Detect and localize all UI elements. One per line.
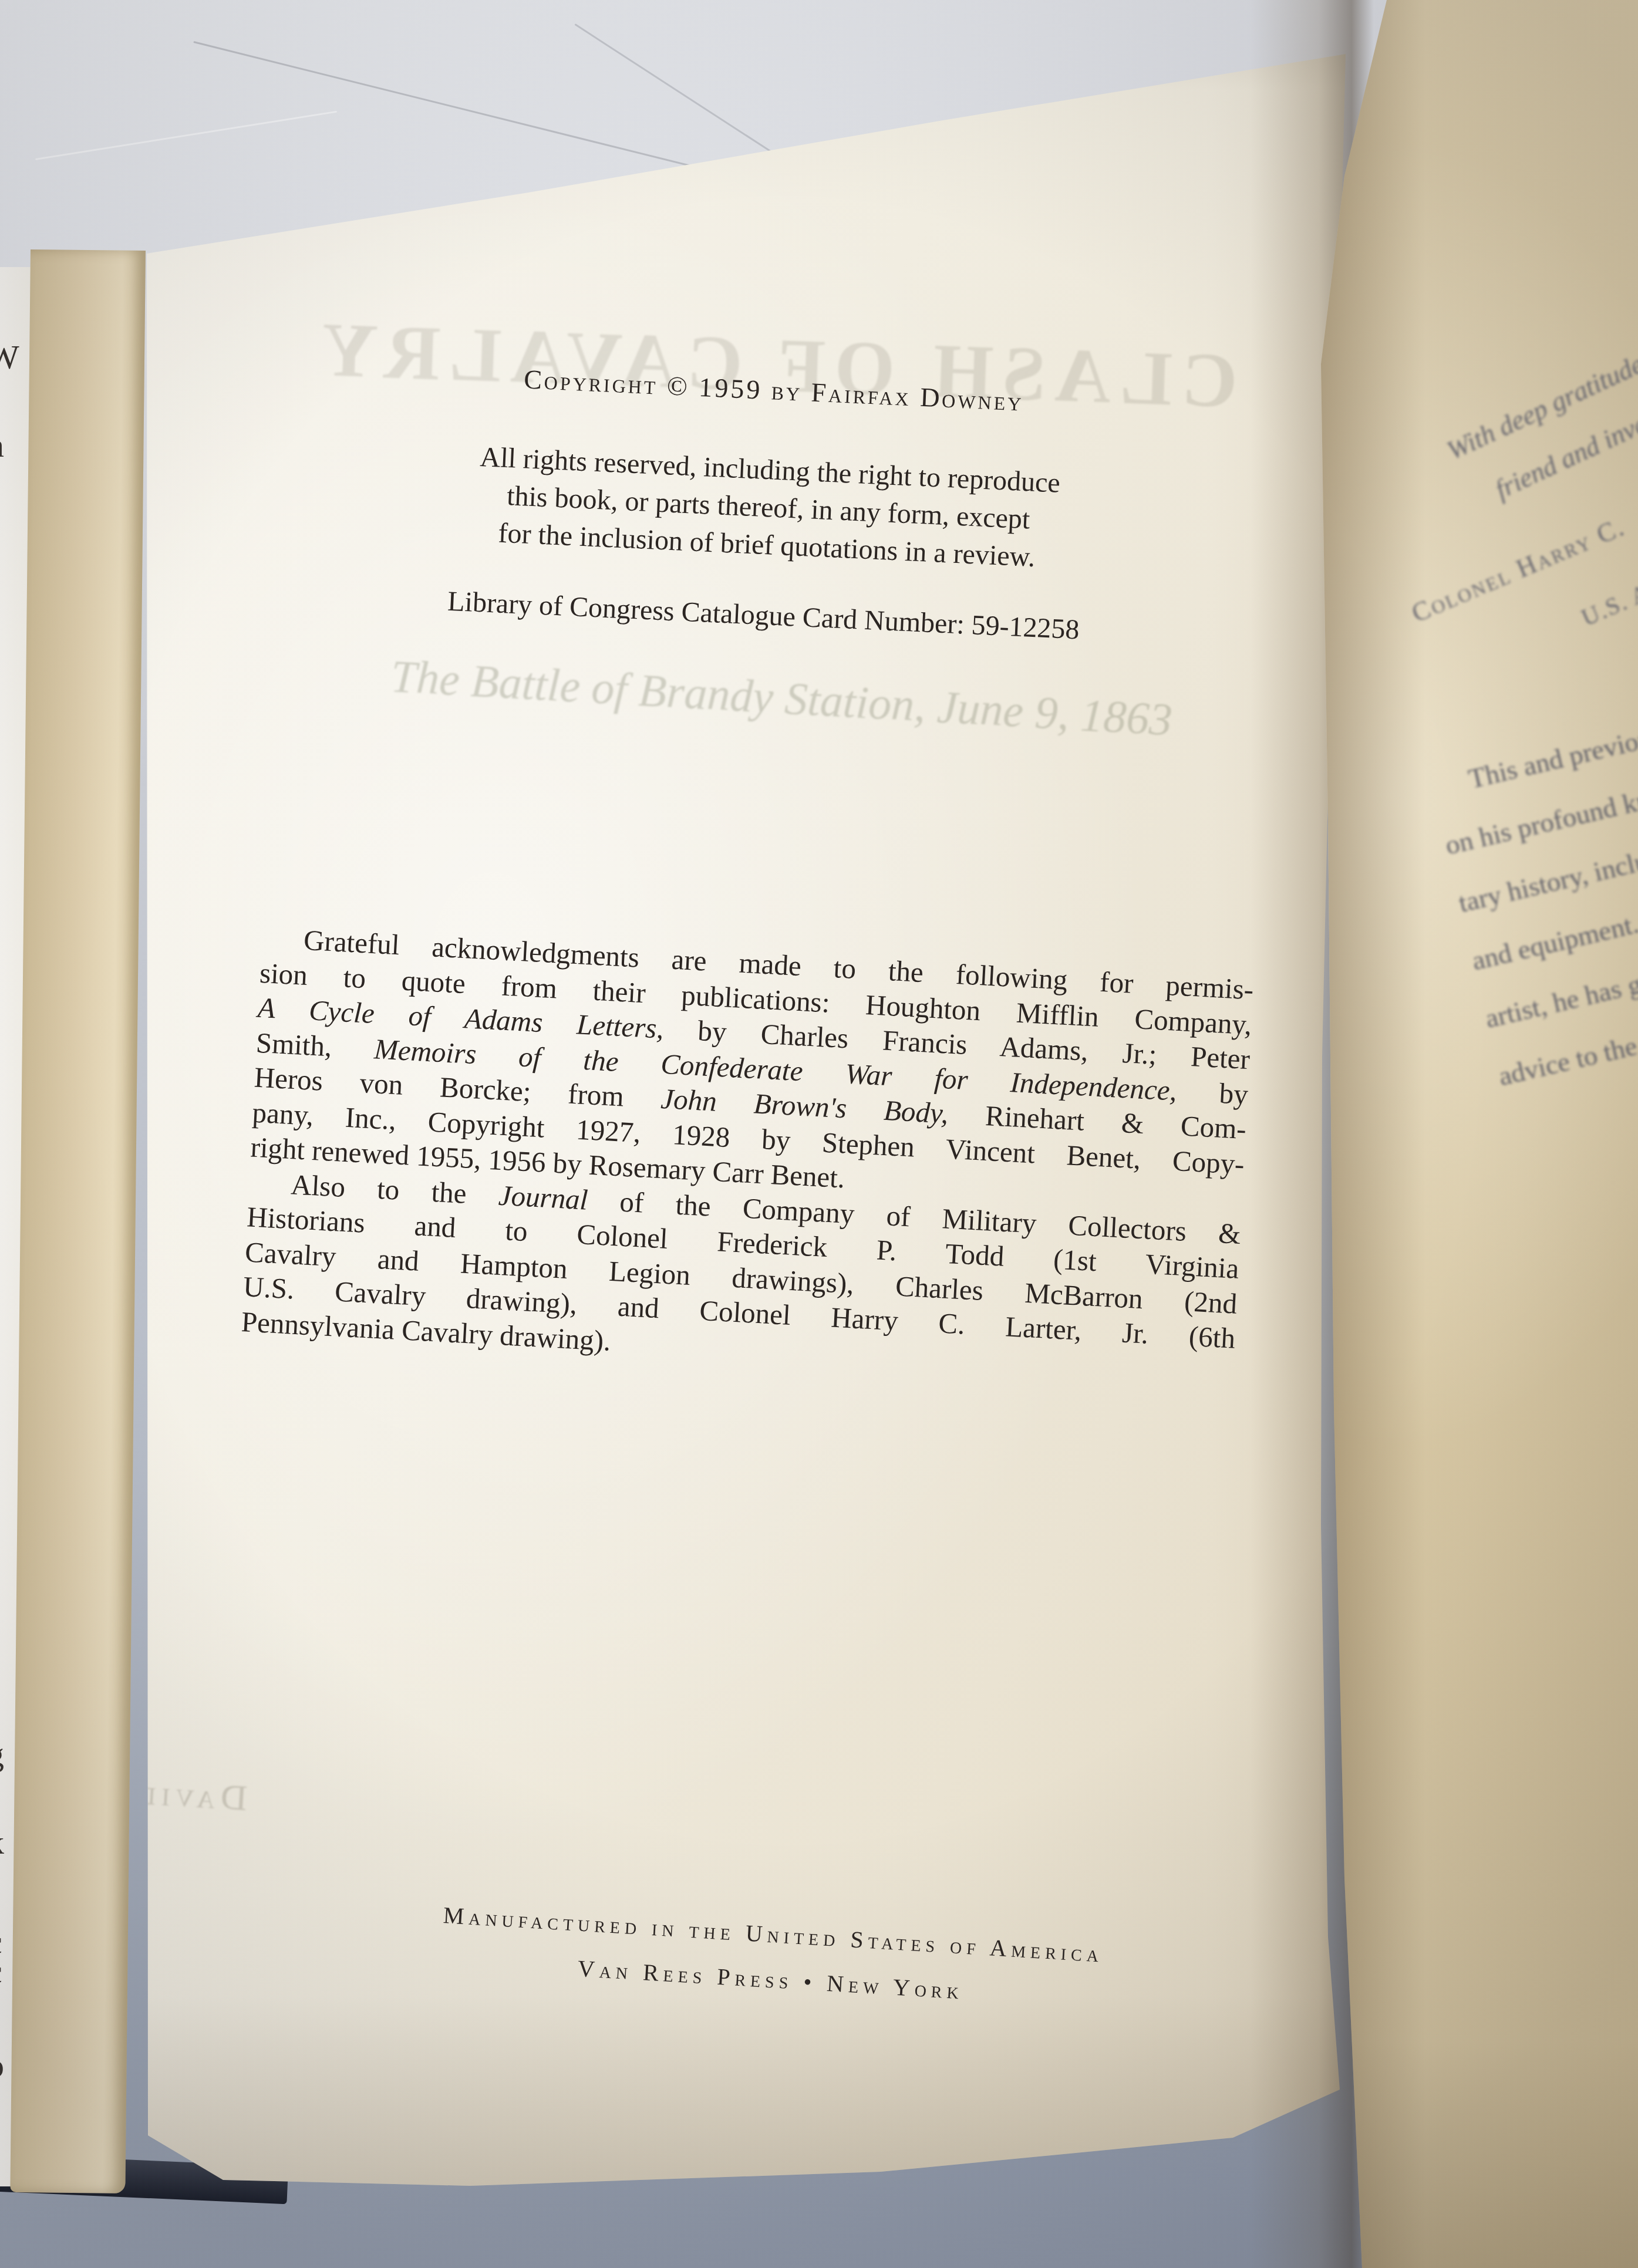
cut-off-letter-fragment: g [0,1734,4,1774]
cut-off-letter-fragment: n [0,426,4,465]
rights-reserved-paragraph: All rights reserved, including the right… [267,429,1269,587]
cut-off-letter-fragment: c [0,1952,2,1991]
photo-of-open-book: { "left_page": { "copyright_line": "Copy… [0,0,1638,2268]
acknowledgments-paragraph-1: Grateful acknowledgments are made to the… [250,920,1254,1216]
surface-scratch [35,111,337,160]
acknowledgments-block: Grateful acknowledgments are made to the… [241,920,1255,1391]
cut-off-letter-fragment: o [0,2046,4,2085]
copyright-block: Copyright © 1959 by Fairfax Downey All r… [264,352,1273,654]
cut-off-letter-fragment: W [0,338,19,377]
cut-off-letter-fragment: k [0,1823,4,1862]
page-block-edge [10,249,146,2193]
